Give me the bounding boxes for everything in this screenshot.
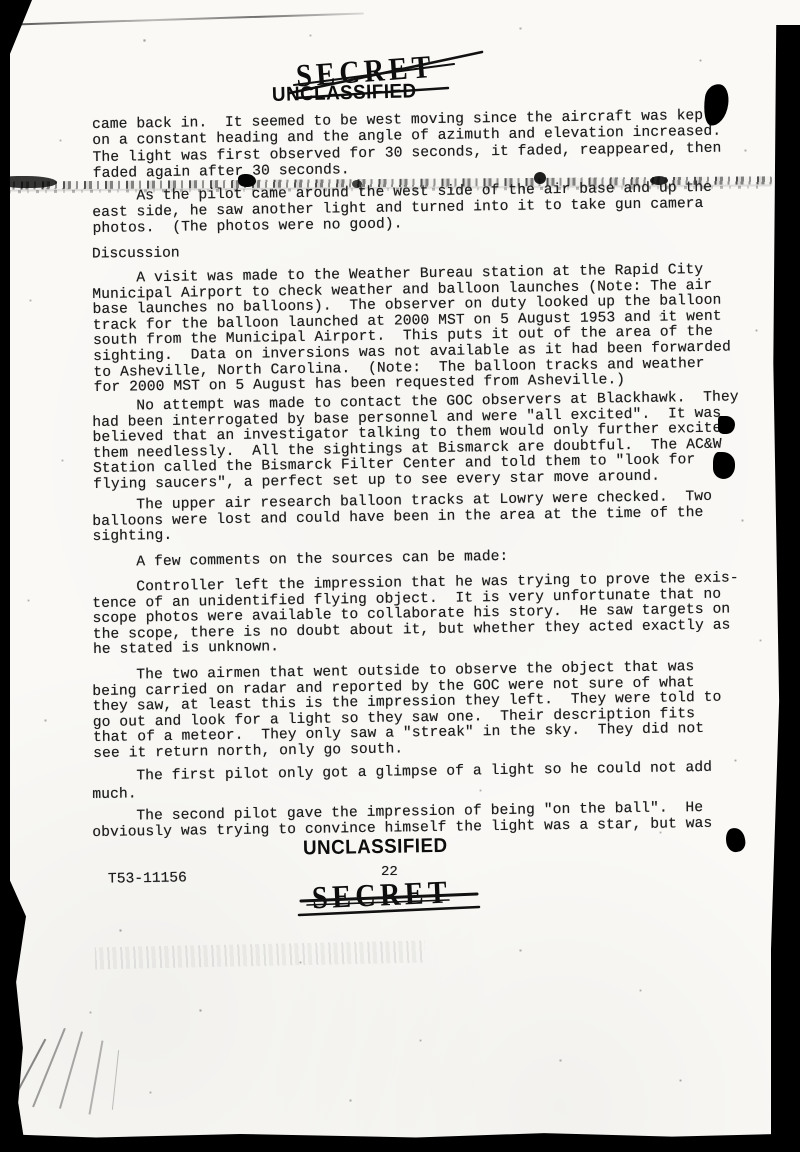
ink-blob [713,452,735,479]
paragraph-3: A visit was made to the Weather Bureau s… [92,262,764,397]
scan-corner-top-left [0,0,32,58]
paragraph-5: The upper air research balloon tracks at… [92,489,763,546]
paragraph-4: No attempt was made to contact the GOC o… [92,390,763,493]
secret-stamp-bottom: SECRET [311,873,471,917]
scratch-mark [32,1028,65,1107]
unclassified-stamp-bottom: UNCLASSIFIED [303,835,457,861]
scanned-document-page: SECRET UNCLASSIFIED came back in. It see… [0,0,800,1152]
smudge-mark [2,176,57,188]
scan-border-bottom [0,1130,800,1152]
unclassified-stamp-bottom-text: UNCLASSIFIED [303,835,448,861]
paragraph-6: A few comments on the sources can be mad… [92,546,762,571]
scan-border-right [771,25,800,1152]
scratch-mark [88,1040,103,1114]
smudge-mark [650,176,668,185]
scratch-mark [59,1031,82,1108]
paragraph-1: came back in. It seemed to be west movin… [92,107,763,182]
scratch-mark [112,1050,119,1110]
paragraph-7: Controller left the impression that he w… [92,571,763,658]
unclassified-stamp-top: UNCLASSIFIED [272,80,426,107]
document-id: T53-11156 [108,870,187,887]
text-line: A few comments on the sources can be mad… [92,546,762,571]
paragraph-8: The two airmen that went outside to obse… [92,659,763,762]
faint-smudge [95,941,425,970]
unclassified-stamp-top-text: UNCLASSIFIED [272,80,417,107]
scratch-mark [14,13,364,26]
secret-stamp-bottom-text: SECRET [311,873,452,916]
paragraph-9: The first pilot only got a glimpse of a … [92,759,762,804]
smudge-mark [352,180,362,188]
smudge-mark [534,172,546,184]
section-heading: Discussion [92,246,180,263]
smudge-mark [238,174,256,187]
scan-border-left-lower [0,878,26,1152]
